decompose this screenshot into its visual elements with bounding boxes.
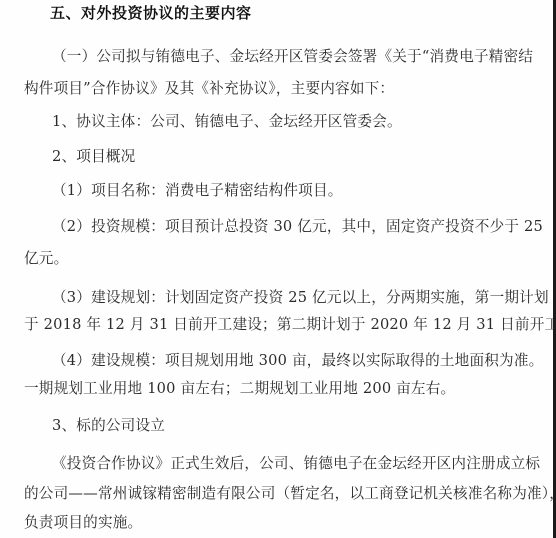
sub-item-2-investment-line-1: （2）投资规模：项目预计总投资 30 亿元，其中，固定资产投资不少于 25: [52, 218, 543, 236]
sub-item-2-investment-line-2: 亿元。: [24, 250, 68, 268]
sub-item-4-scale-line-2: 一期规划工业用地 100 亩左右；二期规划工业用地 200 亩左右。: [24, 380, 455, 398]
section-heading: 五、对外投资协议的主要内容: [50, 4, 252, 22]
intro-paragraph-line-2: 构件项目”合作协议》及其《补充协议》，主要内容如下：: [24, 80, 394, 98]
item-3-target-company: 3、标的公司设立: [52, 417, 165, 435]
item-1-parties: 1、协议主体：公司、铕德电子、金坛经开区管委会。: [52, 113, 402, 131]
document-page: 五、对外投资协议的主要内容 （一）公司拟与铕德电子、金坛经开区管委会签署《关于“…: [0, 0, 553, 538]
closing-paragraph-line-3: 负责项目的实施。: [24, 514, 142, 532]
closing-paragraph-line-1: 《投资合作协议》正式生效后，公司、铕德电子在金坛经开区内注册成立标: [52, 455, 540, 473]
sub-item-4-scale-line-1: （4）建设规模：项目规划用地 300 亩，最终以实际取得的土地面积为准。: [52, 352, 543, 370]
intro-paragraph-line-1: （一）公司拟与铕德电子、金坛经开区管委会签署《关于“消费电子精密结: [52, 48, 533, 66]
sub-item-1-project-name: （1）项目名称：消费电子精密结构件项目。: [52, 182, 343, 200]
item-2-project-overview: 2、项目概况: [52, 148, 135, 166]
closing-paragraph-line-2: 的公司——常州诚镓精密制造有限公司（暂定名，以工商登记机关核准名称为准），: [24, 485, 556, 503]
sub-item-3-plan-line-2: 于 2018 年 12 月 31 日前开工建设；第二期计划于 2020 年 12…: [24, 316, 556, 334]
sub-item-3-plan-line-1: （3）建设规划：计划固定资产投资 25 亿元以上，分两期实施，第一期计划: [52, 289, 549, 307]
